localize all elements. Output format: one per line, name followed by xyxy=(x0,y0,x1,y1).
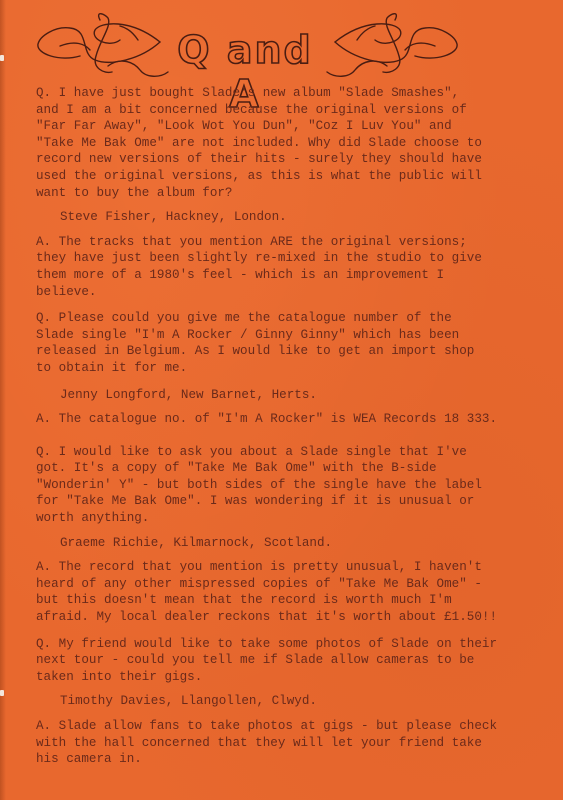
reader-signature: Jenny Longford, New Barnet, Herts. xyxy=(36,387,546,404)
header-banner: Q and A xyxy=(0,0,563,80)
question-text: Q. I have just bought Slade's new album … xyxy=(36,85,546,201)
qa-entry: Q. I have just bought Slade's new album … xyxy=(36,85,546,300)
question-text: Q. I would like to ask you about a Slade… xyxy=(36,444,546,527)
qa-entry: Q. My friend would like to take some pho… xyxy=(36,636,546,768)
answer-text: A. The tracks that you mention ARE the o… xyxy=(36,234,546,300)
qa-entry: Q. I would like to ask you about a Slade… xyxy=(36,444,546,626)
page-fold-edge xyxy=(0,0,6,800)
reader-signature: Steve Fisher, Hackney, London. xyxy=(36,209,546,226)
qa-column: Q. I have just bought Slade's new album … xyxy=(36,85,546,768)
answer-text: A. Slade allow fans to take photos at gi… xyxy=(36,718,546,768)
reader-signature: Graeme Richie, Kilmarnock, Scotland. xyxy=(36,535,546,552)
qa-entry: Q. Please could you give me the catalogu… xyxy=(36,310,546,428)
question-text: Q. My friend would like to take some pho… xyxy=(36,636,546,686)
reader-signature: Timothy Davies, Llangollen, Clwyd. xyxy=(36,693,546,710)
answer-text: A. The catalogue no. of "I'm A Rocker" i… xyxy=(36,411,546,428)
staple-mark xyxy=(0,690,4,696)
answer-text: A. The record that you mention is pretty… xyxy=(36,559,546,625)
question-text: Q. Please could you give me the catalogu… xyxy=(36,310,546,376)
